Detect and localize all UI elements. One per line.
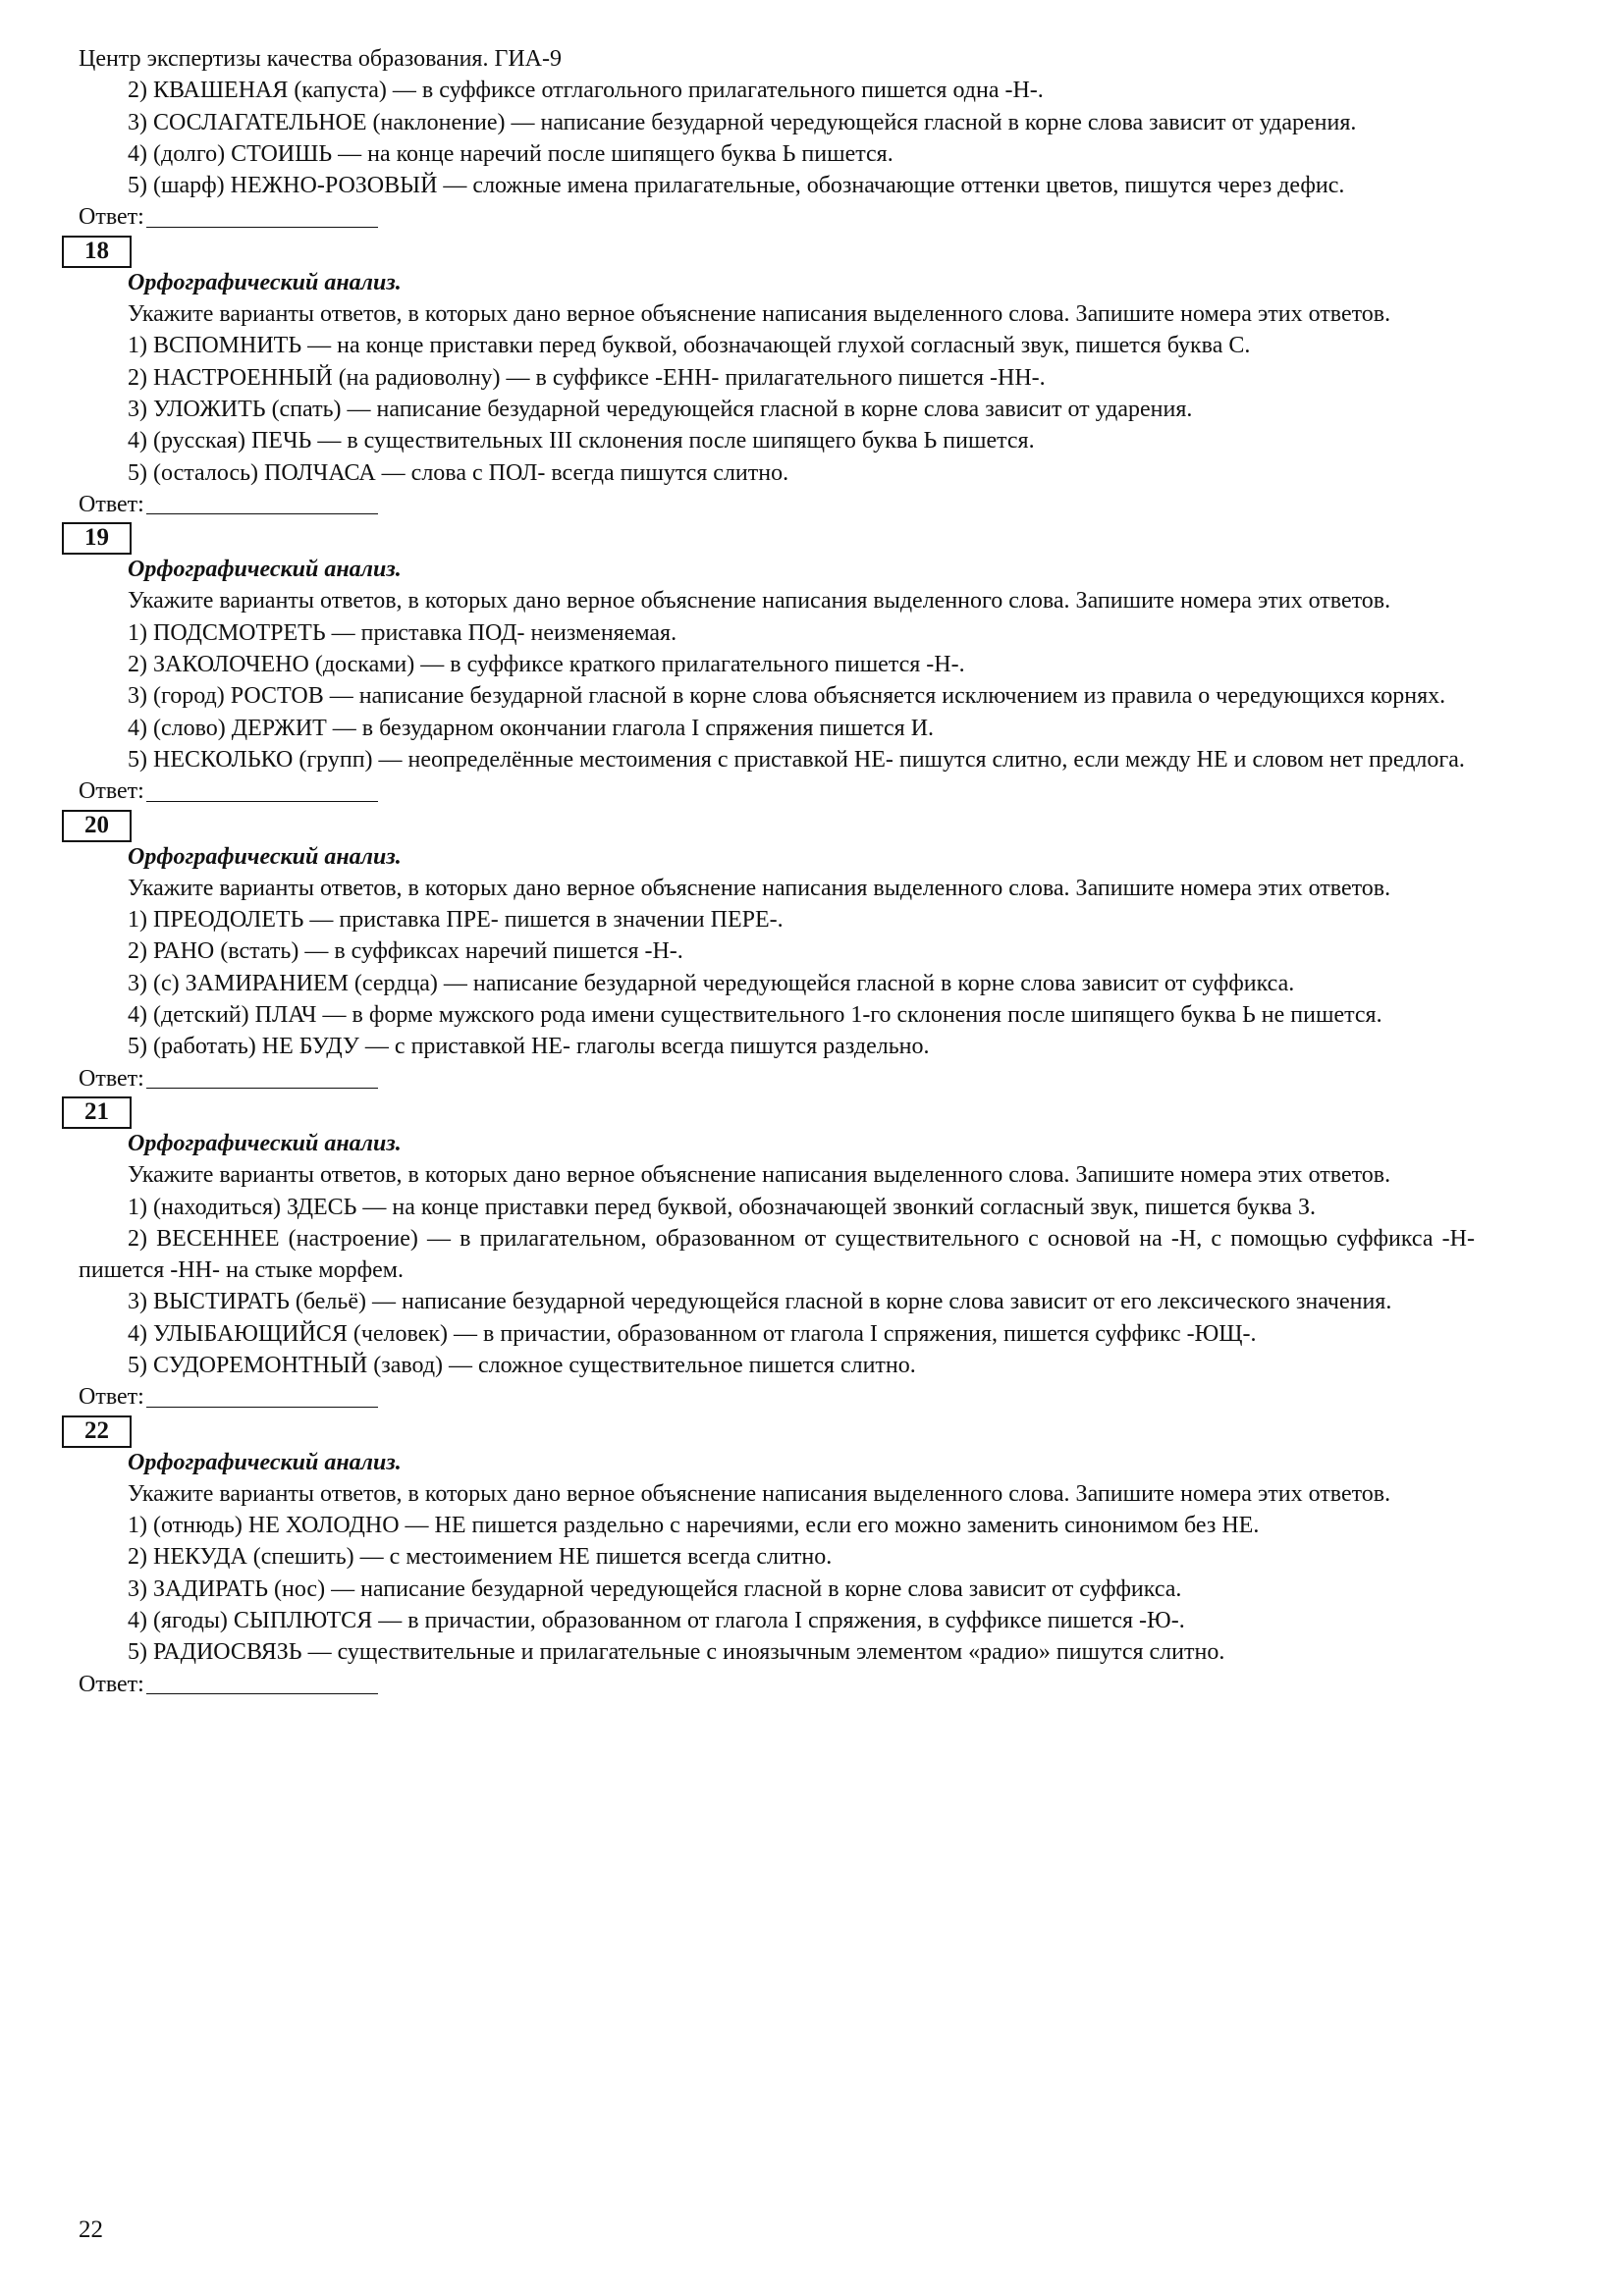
answer-row: Ответ: bbox=[79, 1669, 1475, 1700]
list-item: 5) РАДИОСВЯЗЬ — существительные и прилаг… bbox=[79, 1636, 1475, 1668]
task-heading: Орфографический анализ. bbox=[79, 554, 1475, 585]
answer-row: Ответ: bbox=[79, 201, 1475, 233]
list-item: 3) СОСЛАГАТЕЛЬНОЕ (наклонение) — написан… bbox=[79, 107, 1475, 138]
task-instruction: Укажите варианты ответов, в которых дано… bbox=[79, 585, 1475, 616]
list-item: 1) ПРЕОДОЛЕТЬ — приставка ПРЕ- пишется в… bbox=[79, 904, 1475, 935]
task-instruction: Укажите варианты ответов, в которых дано… bbox=[79, 298, 1475, 330]
list-item: 4) (русская) ПЕЧЬ — в существительных II… bbox=[79, 425, 1475, 456]
list-item: 2) РАНО (встать) — в суффиксах наречий п… bbox=[79, 935, 1475, 967]
task-heading: Орфографический анализ. bbox=[79, 267, 1475, 298]
preamble-items: 2) КВАШЕНАЯ (капуста) — в суффиксе отгла… bbox=[79, 75, 1475, 201]
list-item: 5) (работать) НЕ БУДУ — с приставкой НЕ-… bbox=[79, 1031, 1475, 1062]
task-number-box: 20 bbox=[62, 810, 132, 842]
answer-label: Ответ: bbox=[79, 1381, 144, 1413]
list-item: 4) (ягоды) СЫПЛЮТСЯ — в причастии, образ… bbox=[79, 1605, 1475, 1636]
task-18: 18 Орфографический анализ. Укажите вариа… bbox=[79, 234, 1475, 520]
list-item: 1) ВСПОМНИТЬ — на конце приставки перед … bbox=[79, 330, 1475, 361]
answer-row: Ответ: bbox=[79, 489, 1475, 520]
task-instruction: Укажите варианты ответов, в которых дано… bbox=[79, 1478, 1475, 1510]
document-page: Центр экспертизы качества образования. Г… bbox=[79, 43, 1475, 1700]
page-number: 22 bbox=[79, 2216, 103, 2244]
task-number-box: 19 bbox=[62, 522, 132, 555]
list-item: 1) (находиться) ЗДЕСЬ — на конце пристав… bbox=[79, 1192, 1475, 1223]
list-item: 2) ЗАКОЛОЧЕНО (досками) — в суффиксе кра… bbox=[79, 649, 1475, 680]
answer-field[interactable] bbox=[146, 779, 378, 802]
answer-field[interactable] bbox=[146, 492, 378, 514]
answer-field[interactable] bbox=[146, 1066, 378, 1089]
list-item: 3) (город) РОСТОВ — написание безударной… bbox=[79, 680, 1475, 712]
list-item: 4) (долго) СТОИШЬ — на конце наречий пос… bbox=[79, 138, 1475, 170]
answer-row: Ответ: bbox=[79, 1063, 1475, 1095]
list-item: 3) УЛОЖИТЬ (спать) — написание безударно… bbox=[79, 394, 1475, 425]
page-header: Центр экспертизы качества образования. Г… bbox=[79, 43, 1475, 75]
task-instruction: Укажите варианты ответов, в которых дано… bbox=[79, 873, 1475, 904]
list-item: 2) НЕКУДА (спешить) — с местоимением НЕ … bbox=[79, 1541, 1475, 1573]
list-item: 4) (слово) ДЕРЖИТ — в безударном окончан… bbox=[79, 713, 1475, 744]
task-21: 21 Орфографический анализ. Укажите вариа… bbox=[79, 1095, 1475, 1414]
answer-label: Ответ: bbox=[79, 1669, 144, 1700]
list-item: 3) ВЫСТИРАТЬ (бельё) — написание безудар… bbox=[79, 1286, 1475, 1317]
task-heading: Орфографический анализ. bbox=[79, 841, 1475, 873]
answer-label: Ответ: bbox=[79, 1063, 144, 1095]
list-item: 5) (осталось) ПОЛЧАСА — слова с ПОЛ- все… bbox=[79, 457, 1475, 489]
list-item: 3) ЗАДИРАТЬ (нос) — написание безударной… bbox=[79, 1574, 1475, 1605]
task-22: 22 Орфографический анализ. Укажите вариа… bbox=[79, 1414, 1475, 1700]
list-item: 4) (детский) ПЛАЧ — в форме мужского род… bbox=[79, 999, 1475, 1031]
task-heading: Орфографический анализ. bbox=[79, 1128, 1475, 1159]
task-number-box: 22 bbox=[62, 1415, 132, 1448]
list-item: 1) (отнюдь) НЕ ХОЛОДНО — НЕ пишется разд… bbox=[79, 1510, 1475, 1541]
list-item: 2) ВЕСЕННЕЕ (настроение) — в прилагатель… bbox=[79, 1223, 1475, 1287]
list-item: 2) КВАШЕНАЯ (капуста) — в суффиксе отгла… bbox=[79, 75, 1475, 106]
list-item: 4) УЛЫБАЮЩИЙСЯ (человек) — в причастии, … bbox=[79, 1318, 1475, 1350]
list-item: 1) ПОДСМОТРЕТЬ — приставка ПОД- неизменя… bbox=[79, 617, 1475, 649]
answer-label: Ответ: bbox=[79, 489, 144, 520]
task-number-box: 18 bbox=[62, 236, 132, 268]
answer-row: Ответ: bbox=[79, 1381, 1475, 1413]
task-heading: Орфографический анализ. bbox=[79, 1447, 1475, 1478]
list-item: 5) (шарф) НЕЖНО-РОЗОВЫЙ — сложные имена … bbox=[79, 170, 1475, 201]
list-item: 2) НАСТРОЕННЫЙ (на радиоволну) — в суффи… bbox=[79, 362, 1475, 394]
task-number-box: 21 bbox=[62, 1096, 132, 1129]
answer-row: Ответ: bbox=[79, 775, 1475, 807]
task-20: 20 Орфографический анализ. Укажите вариа… bbox=[79, 808, 1475, 1095]
list-item: 5) НЕСКОЛЬКО (групп) — неопределённые ме… bbox=[79, 744, 1475, 775]
answer-field[interactable] bbox=[146, 1672, 378, 1694]
answer-label: Ответ: bbox=[79, 201, 144, 233]
answer-field[interactable] bbox=[146, 205, 378, 228]
answer-field[interactable] bbox=[146, 1385, 378, 1408]
task-19: 19 Орфографический анализ. Укажите вариа… bbox=[79, 520, 1475, 807]
answer-label: Ответ: bbox=[79, 775, 144, 807]
task-instruction: Укажите варианты ответов, в которых дано… bbox=[79, 1159, 1475, 1191]
list-item: 5) СУДОРЕМОНТНЫЙ (завод) — сложное сущес… bbox=[79, 1350, 1475, 1381]
list-item: 3) (с) ЗАМИРАНИЕМ (сердца) — написание б… bbox=[79, 968, 1475, 999]
